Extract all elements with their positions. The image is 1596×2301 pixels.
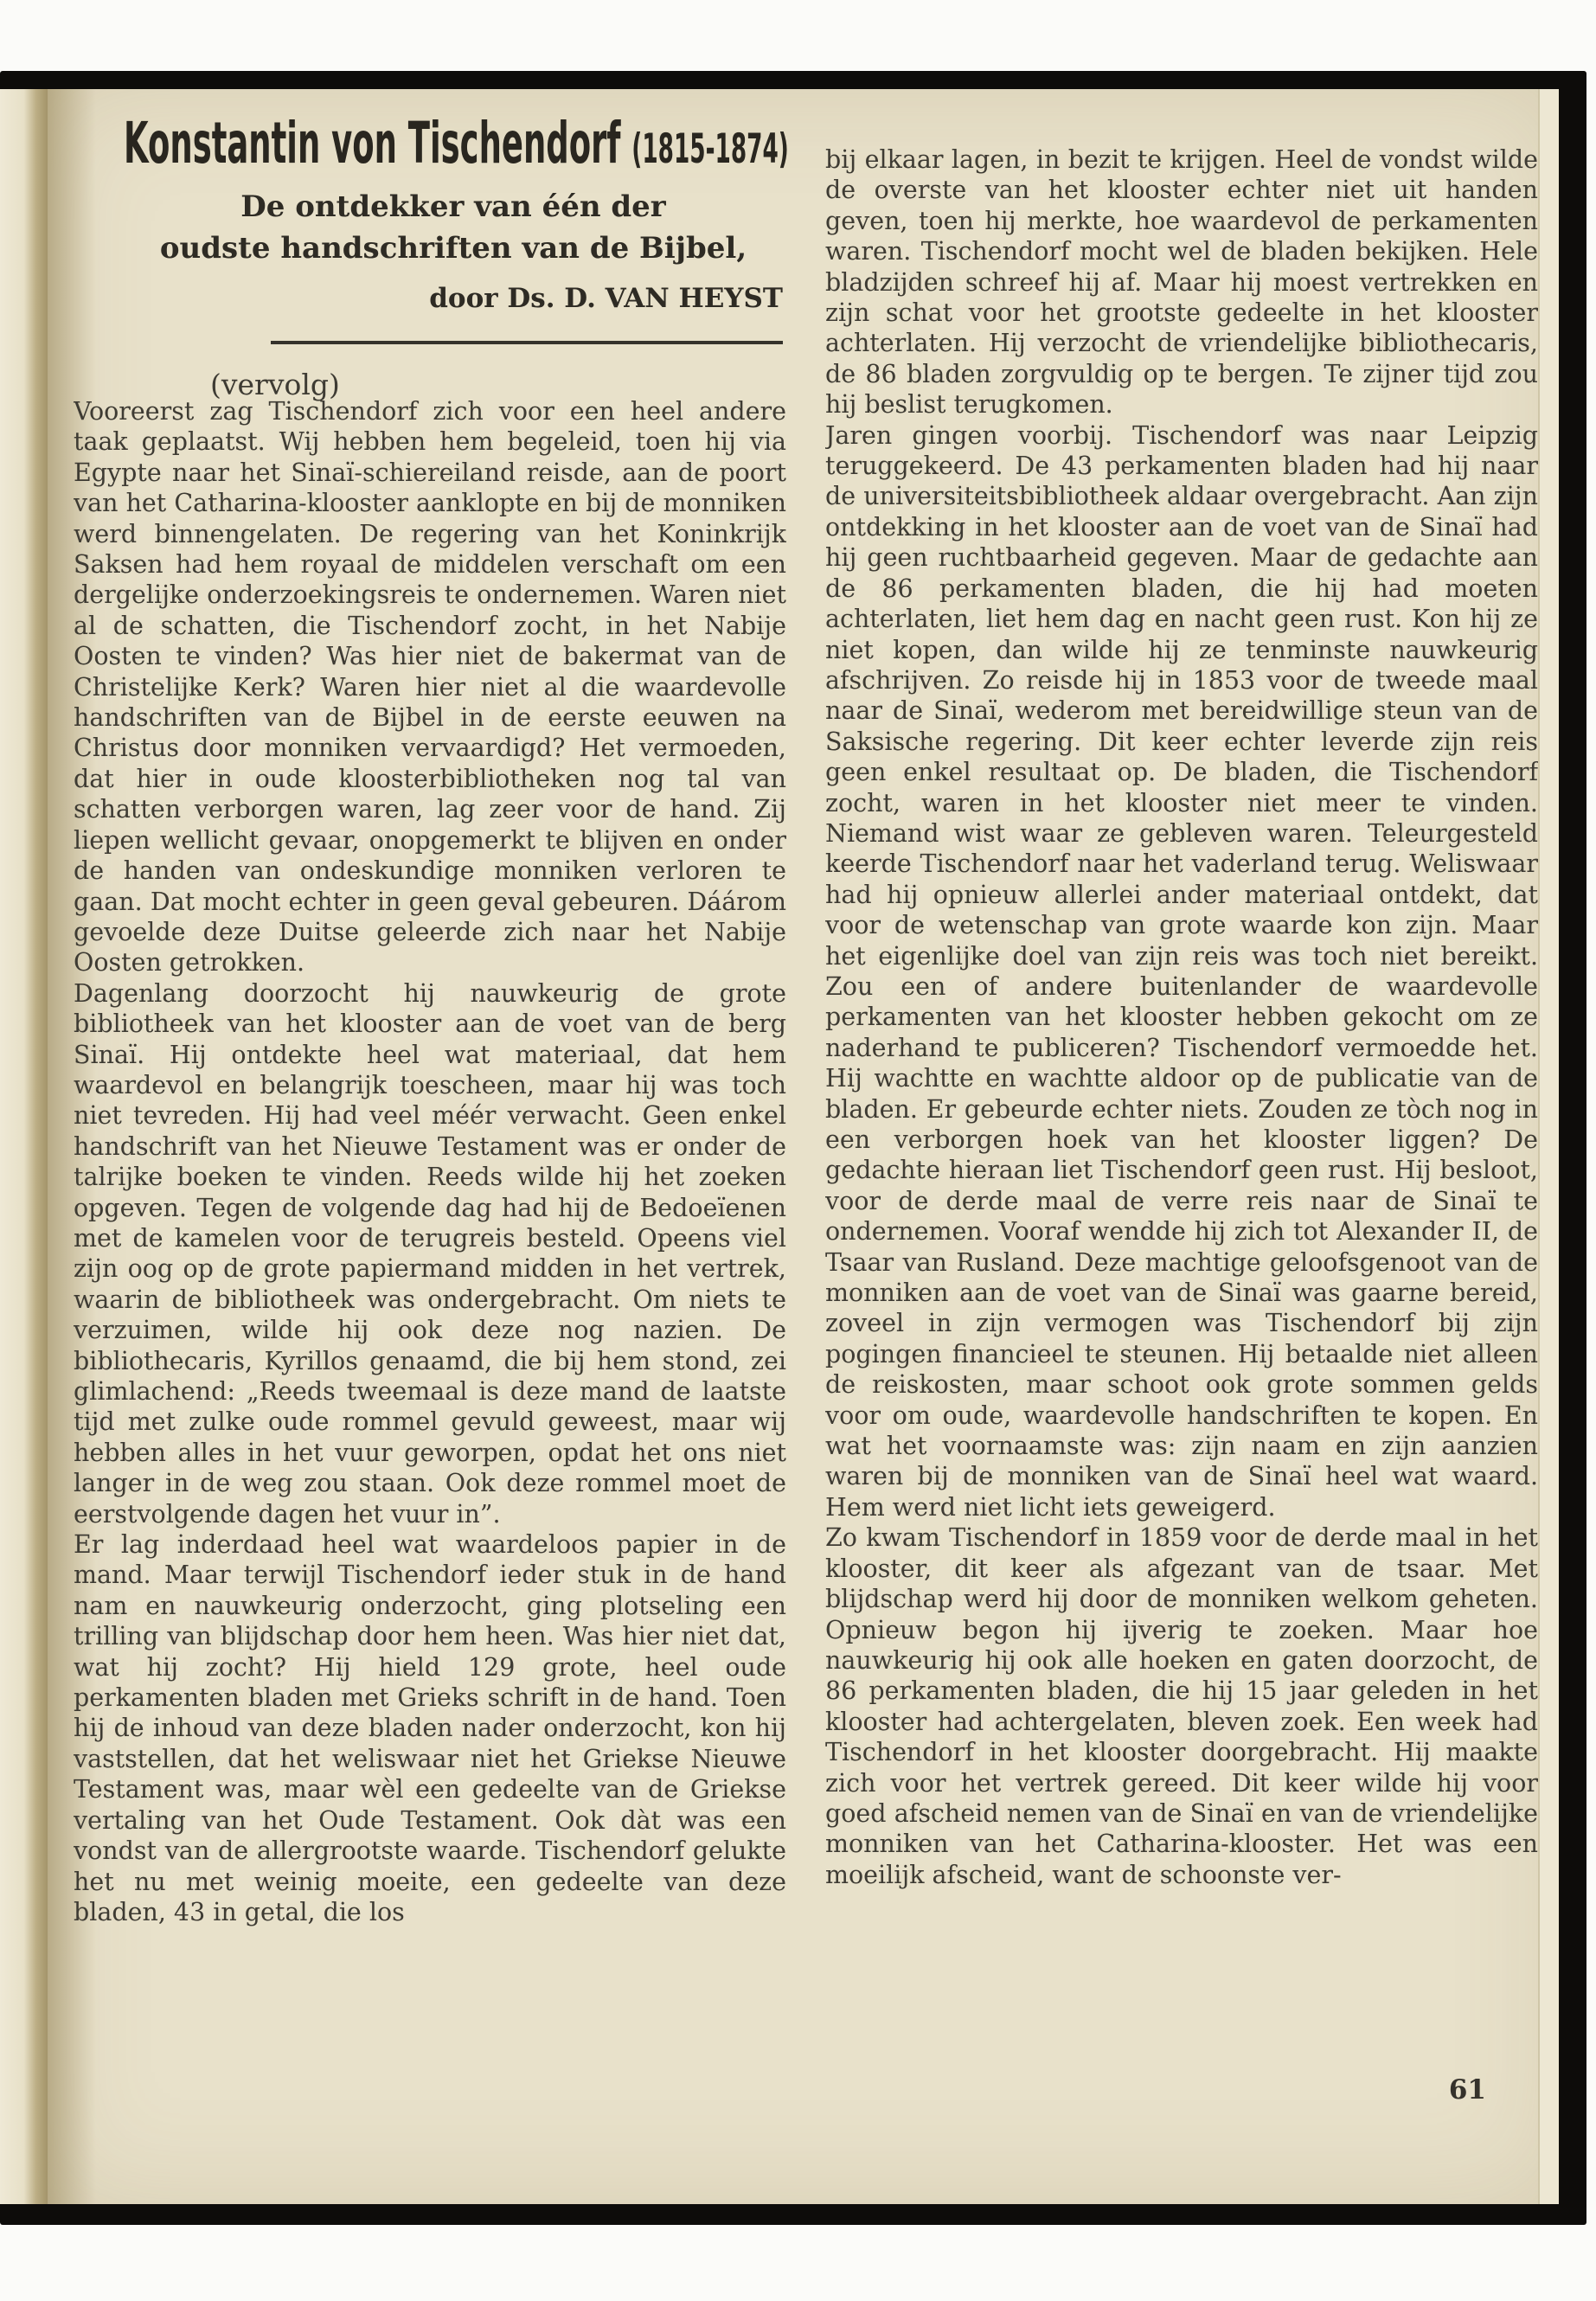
magazine-page: Konstantin von Tischendorf (1815-1874) D… xyxy=(48,89,1559,2204)
left-page-edge xyxy=(0,89,48,2204)
page-number: 61 xyxy=(1400,2074,1486,2106)
article-paragraph: Er lag inderdaad heel wat waardeloos pap… xyxy=(74,1529,786,1927)
right-page-stack-edge xyxy=(1538,89,1559,2204)
byline-divider-rule xyxy=(271,341,783,344)
article-paragraph: Zo kwam Tischendorf in 1859 voor de derd… xyxy=(825,1522,1538,1890)
article-paragraph: Jaren gingen voorbij. Tischendorf was na… xyxy=(825,420,1538,1523)
article-title: Konstantin von Tischendorf (1815-1874) xyxy=(124,115,789,172)
article-byline: door Ds. D. VAN HEYST xyxy=(124,283,783,314)
article-subtitle: De ontdekker van één der oudste handschr… xyxy=(124,186,783,269)
article-title-text: Konstantin von Tischendorf xyxy=(124,110,620,176)
article-subtitle-line1: De ontdekker van één der xyxy=(124,186,783,228)
article-subtitle-line2: oudste handschriften van de Bijbel, xyxy=(124,228,783,269)
scan-background: { "article": { "title": "Konstantin von … xyxy=(0,0,1596,2301)
left-text-column: Vooreerst zag Tischendorf zich voor een … xyxy=(74,396,786,2078)
right-text-column: bij elkaar lagen, in bezit te krijgen. H… xyxy=(825,144,1538,2082)
article-paragraph: Vooreerst zag Tischendorf zich voor een … xyxy=(74,396,786,978)
article-paragraph: bij elkaar lagen, in bezit te krijgen. H… xyxy=(825,144,1538,420)
article-paragraph: Dagenlang doorzocht hij nauwkeurig de gr… xyxy=(74,978,786,1529)
article-title-years: (1815-1874) xyxy=(631,125,788,173)
